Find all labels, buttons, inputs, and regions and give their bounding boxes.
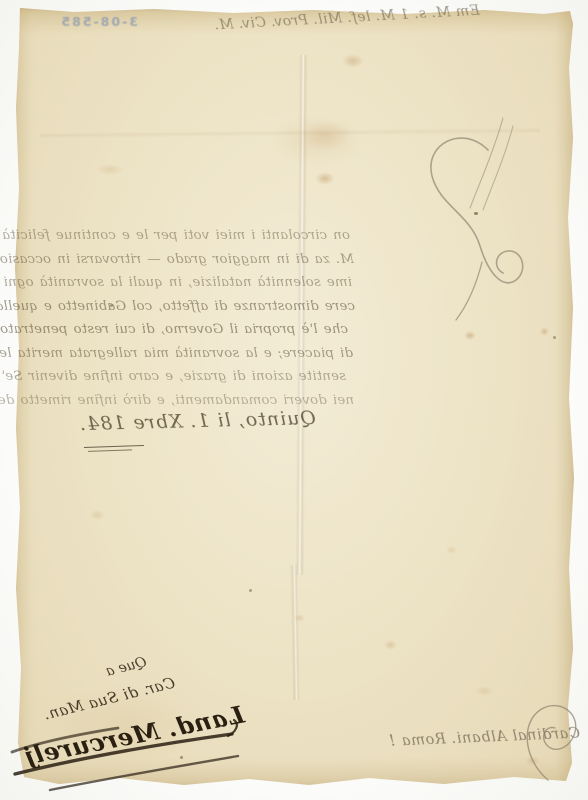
underline-stroke bbox=[88, 449, 132, 452]
bleedthrough-line: ime solennità natalizie, in quali la sov… bbox=[24, 271, 352, 295]
bleedthrough-line: che l'è propria il Governo, di cui resto… bbox=[24, 318, 348, 342]
bleedthrough-line: cere dimostranze di affetto, col Gabinet… bbox=[24, 295, 355, 319]
bleedthrough-line: di piacere; e la sovranità mia rallegrat… bbox=[24, 342, 353, 366]
bleedthrough-text-block: on circolanti i miei voti per le e conti… bbox=[24, 224, 356, 412]
stamp-text: 3-08-585 bbox=[28, 14, 138, 29]
bleedthrough-line: M. za di in maggior grado — ritrovarsi i… bbox=[24, 248, 354, 272]
bleedthrough-line: on circolanti i miei voti per le e conti… bbox=[24, 224, 350, 248]
address-lead-mark: ! bbox=[388, 730, 402, 750]
archival-stamp-number: 3-08-585 bbox=[28, 14, 138, 29]
bleedthrough-line: sentite azioni di grazie, e caro infine … bbox=[24, 365, 346, 389]
document-scan: 3-08-585 Em M. s. 1 M. lef. Mil. Prov. C… bbox=[0, 0, 588, 800]
